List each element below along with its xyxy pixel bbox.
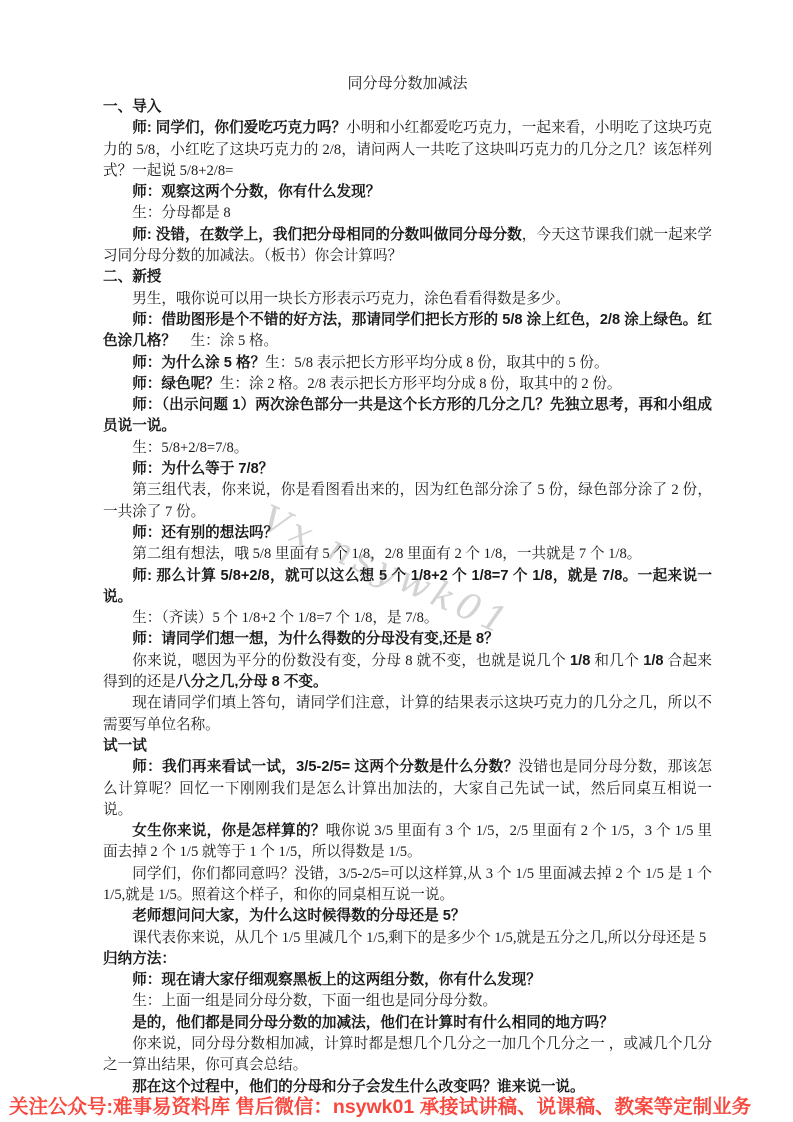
bold-text-run: 归纳方法： [103, 951, 176, 967]
text-run: 第二组有想法，哦 5/8 里面有 5 个 1/8，2/8 里面有 2 个 1/8… [132, 546, 641, 562]
paragraph: 师：观察这两个分数，你有什么发现？ [103, 182, 712, 203]
paragraph: 师: 没错，在数学上，我们把分母相同的分数叫做同分母分数，今天这节课我们就一起来… [103, 225, 712, 268]
paragraph: 生：5/8+2/8=7/8。 [103, 438, 712, 459]
paragraph: 是的，他们都是同分母分数的加减法，他们在计算时有什么相同的地方吗？ [103, 1013, 712, 1034]
text-run: 课代表你来说，从几个 1/5 里减几个 1/5,剩下的是多少个 1/5,就是五分… [132, 930, 706, 946]
bold-text-run: 师：还有别的想法吗？ [132, 525, 278, 541]
paragraph: 同学们，你们都同意吗？没错，3/5-2/5=可以这样算,从 3 个 1/5 里面… [103, 864, 712, 907]
text-run: 生：涂 5 格。 [176, 333, 278, 349]
bold-text-run: 师: 没错，在数学上，我们把分母相同的分数叫做同分母分数 [132, 227, 522, 243]
paragraph: 男生，哦你说可以用一块长方形表示巧克力，涂色看看得数是多少。 [103, 289, 712, 310]
paragraph: 第二组有想法，哦 5/8 里面有 5 个 1/8，2/8 里面有 2 个 1/8… [103, 544, 712, 565]
text-run: 同学们，你们都同意吗？没错，3/5-2/5=可以这样算,从 3 个 1/5 里面… [103, 866, 712, 903]
text-run: 现在请同学们填上答句，请同学们注意，计算的结果表示这块巧克力的几分之几，所以不需… [103, 695, 712, 732]
text-run: 生：涂 2 格。2/8 表示把长方形平均分成 8 份，取其中的 2 份。 [220, 376, 622, 392]
section-heading: 归纳方法： [103, 949, 712, 970]
page-title: 同分母分数加减法 [103, 0, 712, 94]
bold-text-run: 女生你来说，你是怎样算的？ [132, 823, 326, 839]
paragraph: 师：我们再来看试一试，3/5-2/5= 这两个分数是什么分数？没错也是同分母分数… [103, 757, 712, 821]
bold-text-run: 那在这个过程中，他们的分母和分子会发生什么改变吗？谁来说一说。 [132, 1079, 584, 1095]
paragraph: 生：分母都是 8 [103, 203, 712, 224]
paragraph: 现在请同学们填上答句，请同学们注意，计算的结果表示这块巧克力的几分之几，所以不需… [103, 693, 712, 736]
document-page: 同分母分数加减法 一、导入师: 同学们，你们爱吃巧克力吗？小明和小红都爱吃巧克力… [0, 0, 793, 1122]
paragraph: 师：还有别的想法吗？ [103, 523, 712, 544]
bold-text-run: 师：观察这两个分数，你有什么发现？ [132, 184, 380, 200]
paragraph: 你来说，嗯因为平分的份数没有变，分母 8 就不变，也就是说几个 1/8 和几个 … [103, 651, 712, 694]
text-run: 你来说，同分母分数相加减，计算时都是想几个几分之一加几个几分之一 ，或减几个几分… [103, 1036, 712, 1073]
text-run: 和几个 [590, 653, 643, 669]
bold-text-run: 师：我们再来看试一试，3/5-2/5= 这两个分数是什么分数？ [132, 759, 518, 775]
text-run: 生：5/8+2/8=7/8。 [132, 440, 248, 456]
footer-banner: 关注公众号:难事易资料库 售后微信：nsywk01 承接试讲稿、说课稿、教案等定… [9, 1095, 786, 1119]
document-body: 一、导入师: 同学们，你们爱吃巧克力吗？小明和小红都爱吃巧克力，一起来看，小明吃… [103, 97, 712, 1098]
bold-text-run: 二、新授 [103, 269, 161, 285]
paragraph: 师: 同学们，你们爱吃巧克力吗？小明和小红都爱吃巧克力，一起来看，小明吃了这块巧… [103, 118, 712, 182]
paragraph: 师：现在请大家仔细观察黑板上的这两组分数，你有什么发现？ [103, 970, 712, 991]
paragraph: 第三组代表，你来说，你是看图看出来的，因为红色部分涂了 5 份，绿色部分涂了 2… [103, 480, 712, 523]
paragraph: 老师想问问大家，为什么这时候得数的分母还是 5？ [103, 906, 712, 927]
bold-text-run: 师: 同学们，你们爱吃巧克力吗？ [132, 120, 346, 136]
paragraph: 师：为什么等于 7/8？ [103, 459, 712, 480]
paragraph: 师：请同学们想一想，为什么得数的分母没有变,还是 8？ [103, 629, 712, 650]
bold-text-run: 师：为什么等于 7/8？ [132, 461, 273, 477]
text-run: 你来说，嗯因为平分的份数没有变，分母 8 就不变，也就是说几个 [132, 653, 570, 669]
text-run: 男生，哦你说可以用一块长方形表示巧克力，涂色看看得数是多少。 [132, 291, 570, 307]
section-heading: 二、新授 [103, 267, 712, 288]
paragraph: 你来说，同分母分数相加减，计算时都是想几个几分之一加几个几分之一 ，或减几个几分… [103, 1034, 712, 1077]
paragraph: 师：为什么涂 5 格？生：5/8 表示把长方形平均分成 8 份，取其中的 5 份… [103, 353, 712, 374]
text-run: 第三组代表，你来说，你是看图看出来的，因为红色部分涂了 5 份，绿色部分涂了 2… [103, 482, 712, 519]
text-run: 生：（齐读）5 个 1/8+2 个 1/8=7 个 1/8，是 7/8。 [132, 610, 438, 626]
section-heading: 一、导入 [103, 97, 712, 118]
bold-text-run: 1/8 [570, 653, 590, 669]
paragraph: 师：绿色呢？生：涂 2 格。2/8 表示把长方形平均分成 8 份，取其中的 2 … [103, 374, 712, 395]
paragraph: 师：借助图形是个不错的好方法，那请同学们把长方形的 5/8 涂上红色，2/8 涂… [103, 310, 712, 353]
bold-text-run: 是的，他们都是同分母分数的加减法，他们在计算时有什么相同的地方吗？ [132, 1015, 614, 1031]
paragraph: 生：（齐读）5 个 1/8+2 个 1/8=7 个 1/8，是 7/8。 [103, 608, 712, 629]
text-run: 生：分母都是 8 [132, 205, 231, 221]
bold-text-run: 试一试 [103, 738, 147, 754]
bold-text-run: 师：绿色呢？ [132, 376, 220, 392]
text-run: 生：5/8 表示把长方形平均分成 8 份，取其中的 5 份。 [265, 355, 608, 371]
bold-text-run: 师：（出示问题 1）两次涂色部分一共是这个长方形的几分之几？先独立思考，再和小组… [103, 397, 712, 434]
paragraph: 师: 那么计算 5/8+2/8，就可以这么想 5 个 1/8+2 个 1/8=7… [103, 566, 712, 609]
bold-text-run: 师：现在请大家仔细观察黑板上的这两组分数，你有什么发现？ [132, 972, 541, 988]
section-heading: 试一试 [103, 736, 712, 757]
bold-text-run: 八分之几,分母 8 不变。 [176, 674, 328, 690]
footer-text: 关注公众号:难事易资料库 售后微信：nsywk01 承接试讲稿、说课稿、教案等定… [9, 1096, 751, 1118]
bold-text-run: 老师想问问大家，为什么这时候得数的分母还是 5？ [132, 908, 465, 924]
bold-text-run: 1/8 [643, 653, 663, 669]
bold-text-run: 师: 那么计算 5/8+2/8，就可以这么想 5 个 1/8+2 个 1/8=7… [103, 568, 712, 605]
paragraph: 女生你来说，你是怎样算的？哦你说 3/5 里面有 3 个 1/5，2/5 里面有… [103, 821, 712, 864]
paragraph: 课代表你来说，从几个 1/5 里减几个 1/5,剩下的是多少个 1/5,就是五分… [103, 928, 712, 949]
text-run: 生：上面一组是同分母分数，下面一组也是同分母分数。 [132, 993, 497, 1009]
bold-text-run: 一、导入 [103, 99, 161, 115]
paragraph: 生：上面一组是同分母分数，下面一组也是同分母分数。 [103, 991, 712, 1012]
paragraph: 师：（出示问题 1）两次涂色部分一共是这个长方形的几分之几？先独立思考，再和小组… [103, 395, 712, 438]
bold-text-run: 师：请同学们想一想，为什么得数的分母没有变,还是 8？ [132, 631, 498, 647]
bold-text-run: 师：为什么涂 5 格？ [132, 355, 265, 371]
